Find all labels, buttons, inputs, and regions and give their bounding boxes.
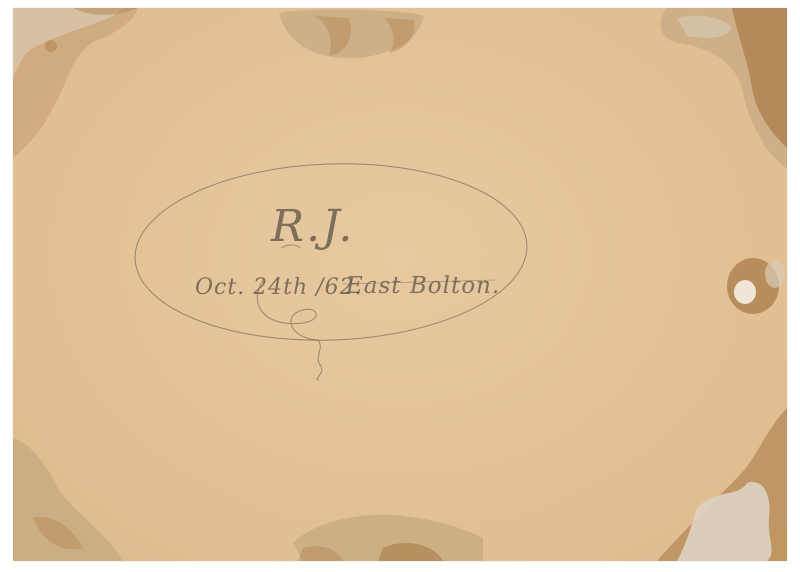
- monogram-initials: R.J.: [271, 201, 354, 252]
- inscription-place: East Bolton.: [346, 273, 500, 299]
- paper-sheet: R.J. Oct. 24th /62. East Bolton.: [13, 8, 787, 561]
- inscription-date: Oct. 24th /62.: [195, 275, 363, 300]
